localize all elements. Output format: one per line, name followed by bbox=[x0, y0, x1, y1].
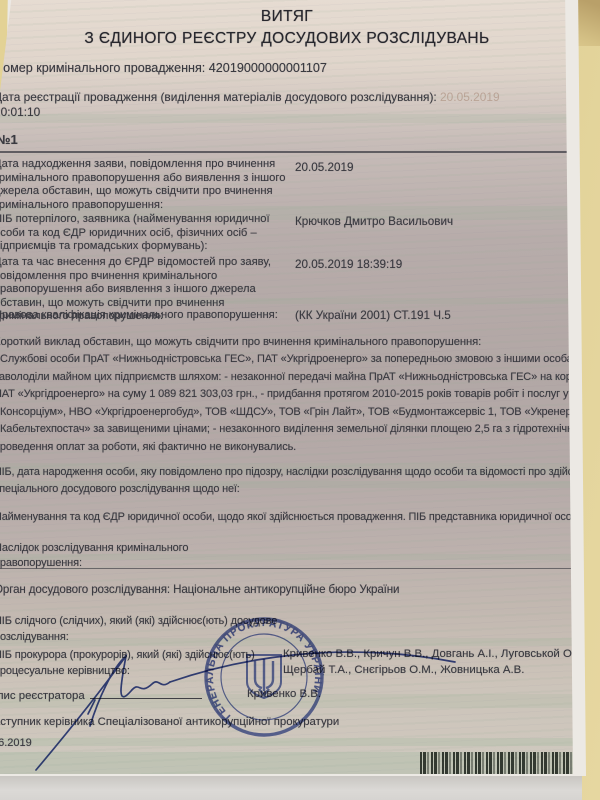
document-title: ВИТЯГ bbox=[0, 8, 580, 26]
registration-date-label: Дата реєстрації провадження (виділення м… bbox=[0, 90, 437, 104]
summary-line: заволоділи майном цих підприємств шляхом… bbox=[0, 371, 594, 383]
legal-entity-line: Найменування та код ЄДР юридичної особи,… bbox=[0, 511, 587, 523]
registration-date-line: Дата реєстрації провадження (виділення м… bbox=[0, 90, 500, 104]
field-label: Дата надходження заяви, повідомлення про… bbox=[0, 158, 288, 212]
field-value: 20.05.2019 18:39:19 bbox=[295, 258, 402, 271]
prosecutor-label-line: процесуальне керівництво: bbox=[0, 665, 130, 677]
record-number: №1 bbox=[0, 132, 18, 147]
registration-time-value: 20:01:10 bbox=[0, 105, 40, 119]
photocopy-area: ВИТЯГ З ЄДИНОГО РЕЄСТРУ ДОСУДОВИХ РОЗСЛІ… bbox=[0, 0, 573, 774]
field-label: ПІБ потерпілого, заявника (найменування … bbox=[0, 213, 288, 254]
stamp-trident-icon bbox=[255, 659, 273, 695]
field-label: Правова кваліфікація кримінального право… bbox=[0, 309, 288, 323]
summary-line: «Консорціум», НВО «Укргідроенергобуд», Т… bbox=[0, 406, 600, 418]
result-label-line: Наслідок розслідування кримінального bbox=[0, 542, 188, 554]
investigator-label-line: розслідування: bbox=[0, 631, 69, 643]
suspect-line: ПІБ, дата народження особи, яку повідомл… bbox=[0, 466, 600, 478]
summary-heading: Короткий виклад обставин, що можуть свід… bbox=[0, 336, 481, 348]
case-number-line: Номер кримінального провадження: 4201900… bbox=[0, 61, 327, 75]
summary-line: проведення оплат за роботи, які фактично… bbox=[0, 441, 296, 453]
field-value: (КК України 2001) СТ.191 Ч.5 bbox=[295, 309, 451, 322]
registrar-label: Підпис реєстратора bbox=[0, 690, 85, 702]
document-subtitle: З ЄДИНОГО РЕЄСТРУ ДОСУДОВИХ РОЗСЛІДУВАНЬ bbox=[0, 30, 580, 48]
suspect-line: спеціального досудового розслідування що… bbox=[0, 483, 240, 495]
registration-date-value: 20.05.2019 bbox=[440, 90, 500, 104]
footer-date: 06.2019 bbox=[0, 737, 32, 749]
desk-shadow-strip bbox=[0, 776, 582, 800]
field-value: Крючков Дмитро Васильович bbox=[295, 215, 453, 228]
summary-line: «Кабельтехпостач» за завищеними цінами; … bbox=[0, 423, 600, 435]
summary-line: Службові особи ПрАТ «Нижньодністровська … bbox=[0, 353, 586, 365]
field-value: 20.05.2019 bbox=[295, 161, 354, 174]
registrar-signature-line: Підпис реєстратора bbox=[0, 688, 202, 702]
signature-underline bbox=[90, 688, 202, 699]
summary-line: ПАТ «Укргідроенерго» на суму 1 089 821 3… bbox=[0, 388, 593, 400]
horizontal-rule bbox=[0, 568, 576, 569]
printed-content: ВИТЯГ З ЄДИНОГО РЕЄСТРУ ДОСУДОВИХ РОЗСЛІ… bbox=[0, 0, 600, 800]
investigation-body-line: Орган досудового розслідування: Націонал… bbox=[0, 583, 399, 596]
prosecutor-office-stamp: ГЕНЕРАЛЬНА ПРОКУРАТУРА УКРАЇНИ bbox=[199, 612, 329, 742]
horizontal-rule bbox=[0, 151, 572, 153]
